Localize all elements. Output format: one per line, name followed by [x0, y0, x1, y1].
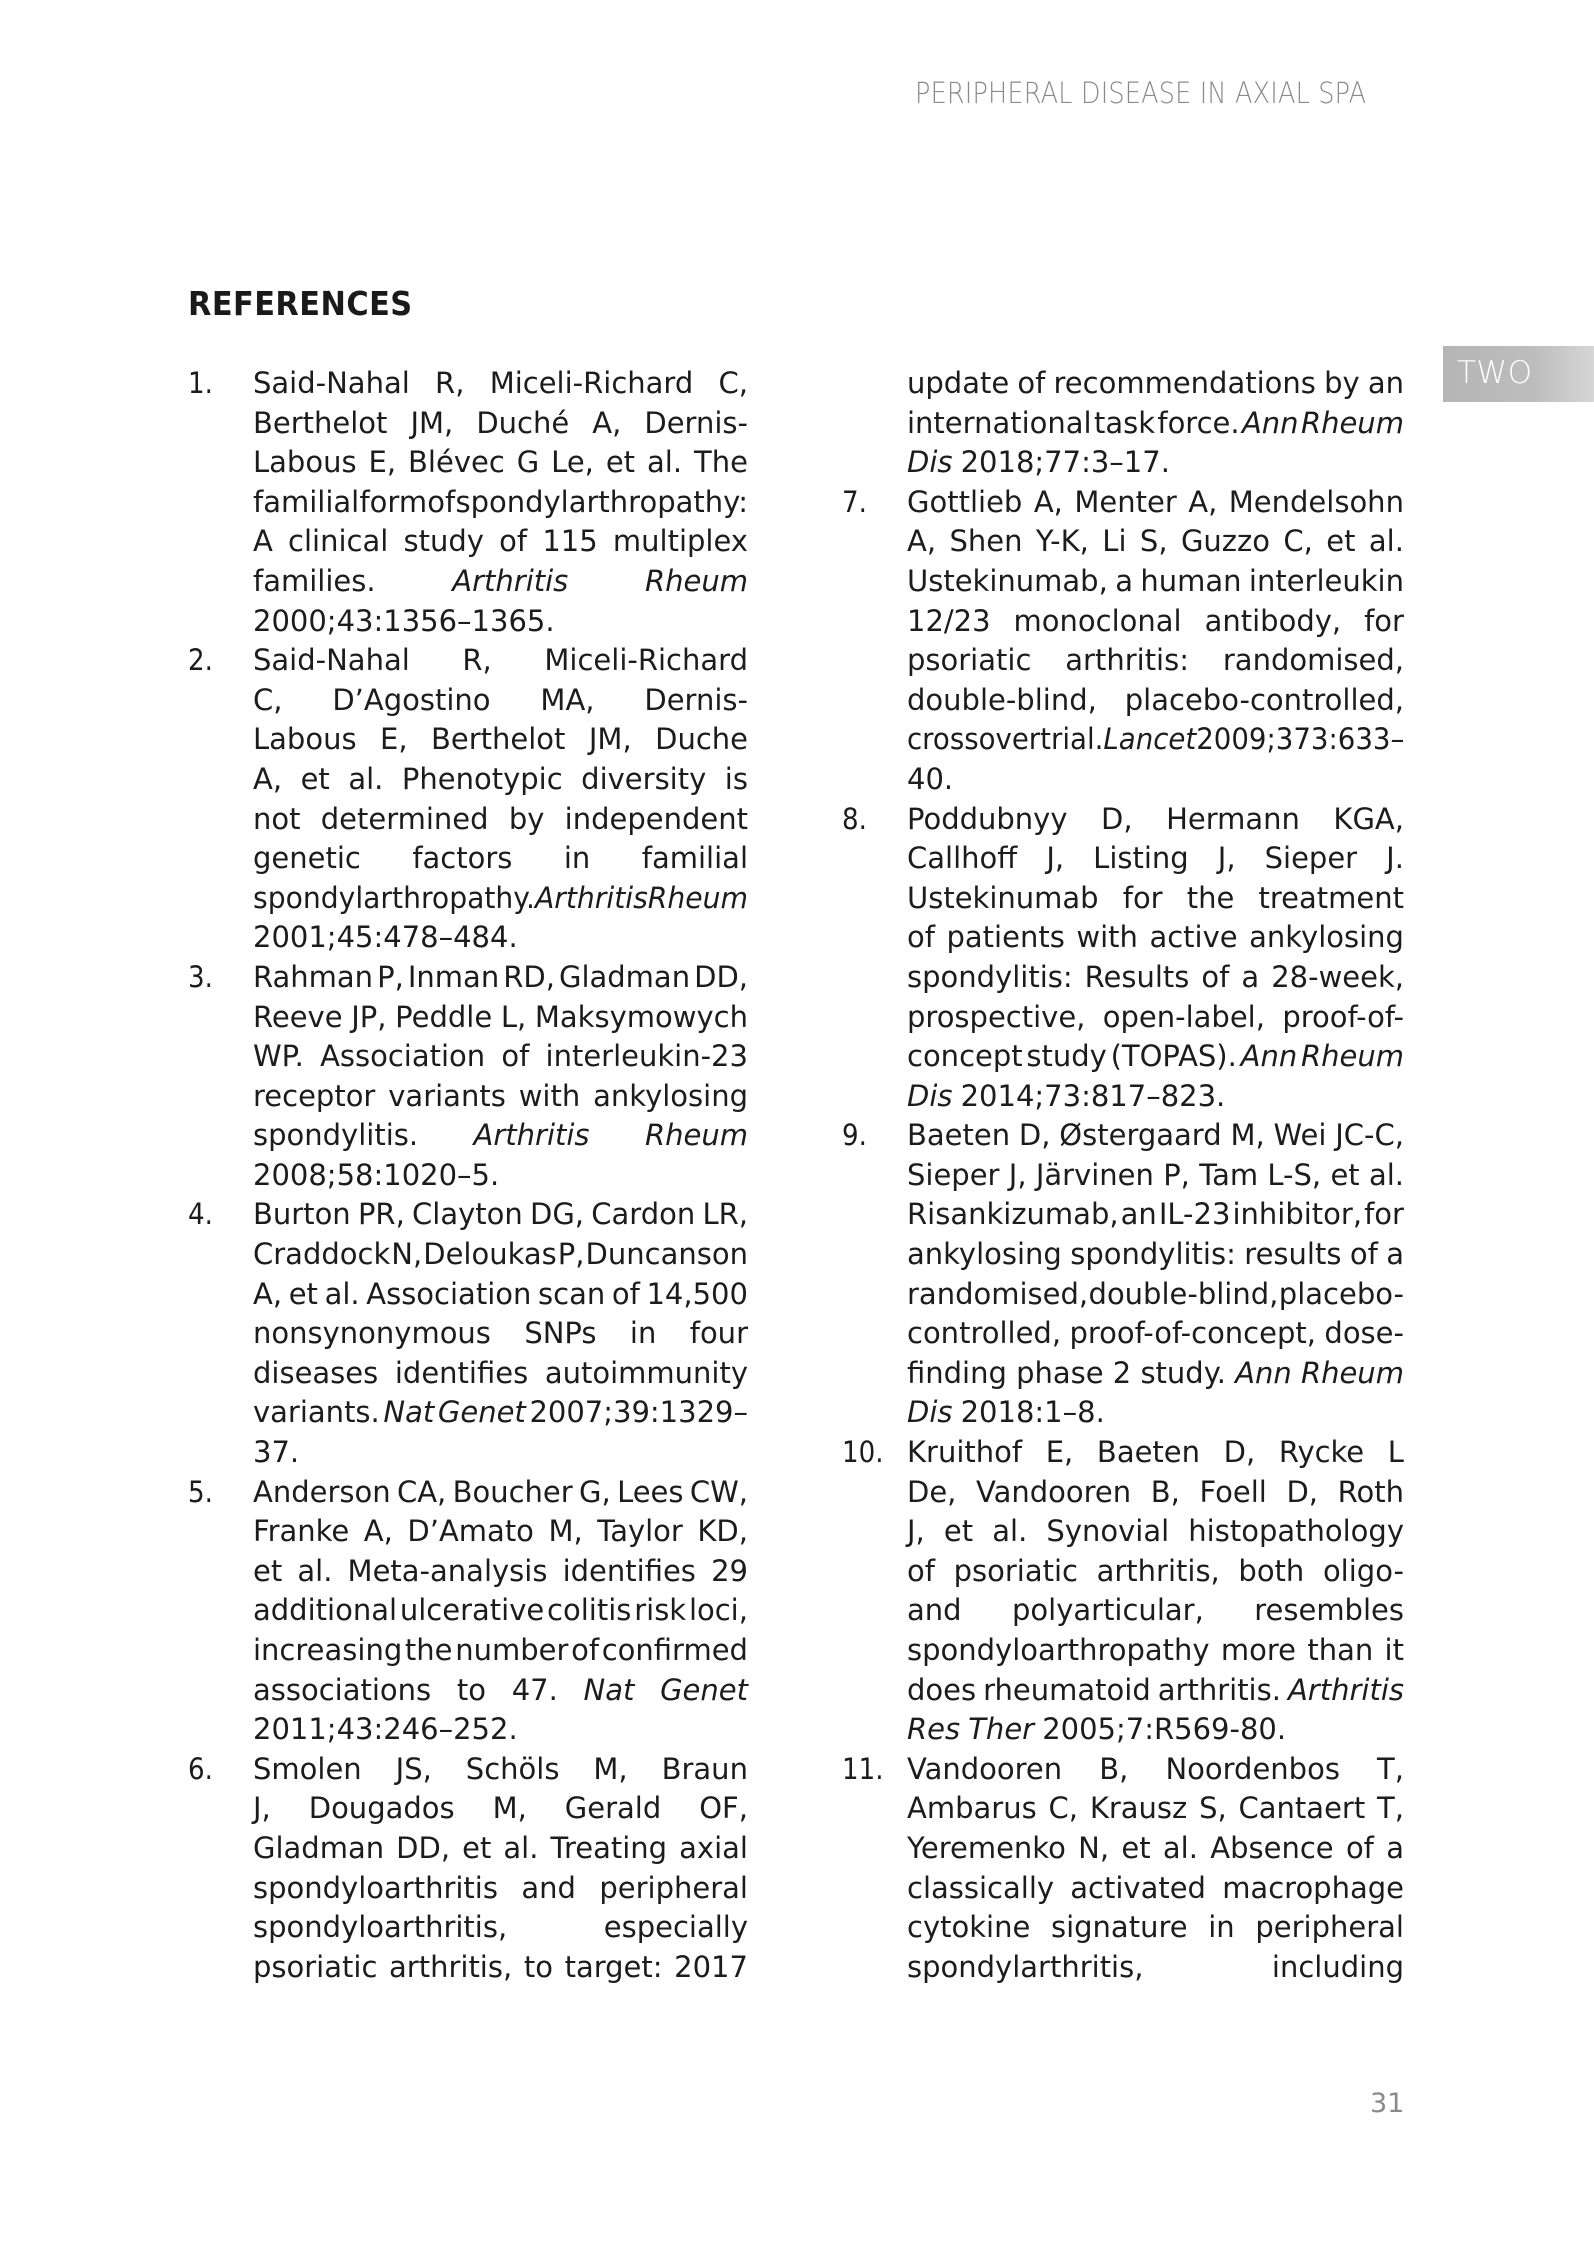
reference-line: Ustekinumab,ahumaninterleukin — [907, 562, 1404, 602]
reference-line: CraddockN,DeloukasP,Duncanson — [253, 1235, 748, 1275]
reference-line: Aclinicalstudyof115multiplex — [253, 522, 748, 562]
reference-text: RahmanP,InmanRD,GladmanDD,ReeveJP,Peddle… — [253, 958, 748, 1196]
reference-line: psoriaticarthritis,totarget:2017 — [253, 1948, 748, 1988]
reference-line: nonsynonymousSNPsinfour — [253, 1314, 748, 1354]
reference-item: 4.BurtonPR,ClaytonDG,CardonLR,CraddockN,… — [188, 1195, 748, 1472]
reference-line: ofpatientswithactiveankylosing — [907, 918, 1404, 958]
running-head: PERIPHERAL DISEASE IN AXIAL SPA — [915, 76, 1366, 110]
references-column-left: 1.Said-NahalR,Miceli-RichardC,BerthelotJ… — [188, 364, 748, 1987]
reference-line: WP.Associationofinterleukin-23 — [253, 1037, 748, 1077]
reference-number: 10. — [842, 1433, 884, 1473]
reference-number: 9. — [842, 1116, 867, 1156]
reference-line: spondyloarthritisandperipheral — [253, 1869, 748, 1909]
reference-line: SieperJ,JärvinenP,TamL-S,etal. — [907, 1156, 1404, 1196]
reference-line: 2001;45:478–484. — [253, 918, 748, 958]
reference-number: 7. — [842, 483, 867, 523]
reference-line: ankylosingspondylitis:resultsofa — [907, 1235, 1404, 1275]
reference-number: 1. — [188, 364, 213, 404]
reference-text: updateofrecommendationsbyaninternational… — [907, 364, 1404, 483]
reference-number: 4. — [188, 1195, 213, 1235]
reference-line: LabousE,BerthelotJM,Duche — [253, 720, 748, 760]
reference-line: spondylarthritis,including — [907, 1948, 1404, 1988]
reference-item: 7.GottliebA,MenterA,MendelsohnA,ShenY-K,… — [842, 483, 1404, 800]
reference-line: BurtonPR,ClaytonDG,CardonLR, — [253, 1195, 748, 1235]
reference-text: VandoorenB,NoordenbosT,AmbarusC,KrauszS,… — [907, 1750, 1404, 1988]
reference-text: BaetenD,ØstergaardM,WeiJC-C,SieperJ,Järv… — [907, 1116, 1404, 1433]
reference-line: A,etal.Phenotypicdiversityis — [253, 760, 748, 800]
reference-item: 6.SmolenJS,SchölsM,BraunJ,DougadosM,Gera… — [188, 1750, 748, 1988]
reference-line: J,etal.Synovialhistopathology — [907, 1512, 1404, 1552]
reference-text: SmolenJS,SchölsM,BraunJ,DougadosM,Gerald… — [253, 1750, 748, 1988]
reference-text: Said-NahalR,Miceli-RichardC,D’AgostinoMA… — [253, 641, 748, 958]
reference-line: Dis2018:1–8. — [907, 1393, 1404, 1433]
reference-line: geneticfactorsinfamilial — [253, 839, 748, 879]
reference-number: 5. — [188, 1473, 213, 1513]
reference-number: 2. — [188, 641, 213, 681]
reference-number: 3. — [188, 958, 213, 998]
reference-item: updateofrecommendationsbyaninternational… — [842, 364, 1404, 483]
reference-line: J,DougadosM,GeraldOF, — [253, 1789, 748, 1829]
reference-line: GottliebA,MenterA,Mendelsohn — [907, 483, 1404, 523]
reference-line: YeremenkoN,etal.Absenceofa — [907, 1829, 1404, 1869]
reference-line: GladmanDD,etal.Treatingaxial — [253, 1829, 748, 1869]
reference-line: AndersonCA,BoucherG,LeesCW, — [253, 1473, 748, 1513]
reference-line: RahmanP,InmanRD,GladmanDD, — [253, 958, 748, 998]
reference-line: randomised,double-blind,placebo- — [907, 1275, 1404, 1315]
reference-line: associationsto47.NatGenet — [253, 1671, 748, 1711]
reference-text: AndersonCA,BoucherG,LeesCW,FrankeA,D’Ama… — [253, 1473, 748, 1750]
chapter-tab: TWO — [1443, 346, 1594, 402]
reference-line: AmbarusC,KrauszS,CantaertT, — [907, 1789, 1404, 1829]
reference-line: internationaltaskforce.AnnRheum — [907, 404, 1404, 444]
reference-number: 8. — [842, 800, 867, 840]
reference-line: 2011;43:246–252. — [253, 1710, 748, 1750]
reference-line: 2008;58:1020–5. — [253, 1156, 748, 1196]
reference-line: BaetenD,ØstergaardM,WeiJC-C, — [907, 1116, 1404, 1156]
reference-text: PoddubnyyD,HermannKGA,CallhoffJ,ListingJ… — [907, 800, 1404, 1117]
reference-item: 3.RahmanP,InmanRD,GladmanDD,ReeveJP,Pedd… — [188, 958, 748, 1196]
reference-line: updateofrecommendationsbyan — [907, 364, 1404, 404]
reference-line: Risankizumab,anIL-23inhibitor,for — [907, 1195, 1404, 1235]
reference-text: BurtonPR,ClaytonDG,CardonLR,CraddockN,De… — [253, 1195, 748, 1472]
reference-line: families.ArthritisRheum — [253, 562, 748, 602]
reference-line: Said-NahalR,Miceli-RichardC, — [253, 364, 748, 404]
reference-line: LabousE,BlévecGLe,etal.The — [253, 443, 748, 483]
reference-line: De,VandoorenB,FoellD,Roth — [907, 1473, 1404, 1513]
reference-line: ResTher2005;7:R569-80. — [907, 1710, 1404, 1750]
reference-item: 5.AndersonCA,BoucherG,LeesCW,FrankeA,D’A… — [188, 1473, 748, 1750]
reference-line: andpolyarticular,resembles — [907, 1591, 1404, 1631]
reference-item: 10.KruithofE,BaetenD,RyckeLDe,VandoorenB… — [842, 1433, 1404, 1750]
reference-line: crossovertrial.Lancet2009;373:633– — [907, 720, 1404, 760]
reference-line: Ustekinumabforthetreatment — [907, 879, 1404, 919]
reference-line: ofpsoriaticarthritis,botholigo- — [907, 1552, 1404, 1592]
reference-line: 12/23monoclonalantibody,for — [907, 602, 1404, 642]
reference-line: PoddubnyyD,HermannKGA, — [907, 800, 1404, 840]
reference-line: Dis2014;73:817–823. — [907, 1077, 1404, 1117]
reference-line: psoriaticarthritis:randomised, — [907, 641, 1404, 681]
reference-line: spondylitis.ArthritisRheum — [253, 1116, 748, 1156]
reference-line: 40. — [907, 760, 1404, 800]
reference-number: 6. — [188, 1750, 213, 1790]
reference-item: 11.VandoorenB,NoordenbosT,AmbarusC,Kraus… — [842, 1750, 1404, 1988]
reference-line: SmolenJS,SchölsM,Braun — [253, 1750, 748, 1790]
reference-line: spondyloarthritis,especially — [253, 1908, 748, 1948]
reference-line: doesrheumatoidarthritis.Arthritis — [907, 1671, 1404, 1711]
reference-item: 8.PoddubnyyD,HermannKGA,CallhoffJ,Listin… — [842, 800, 1404, 1117]
reference-text: KruithofE,BaetenD,RyckeLDe,VandoorenB,Fo… — [907, 1433, 1404, 1750]
reference-text: GottliebA,MenterA,MendelsohnA,ShenY-K,Li… — [907, 483, 1404, 800]
reference-line: CallhoffJ,ListingJ,SieperJ. — [907, 839, 1404, 879]
reference-line: increasingthenumberofconfirmed — [253, 1631, 748, 1671]
reference-line: spondyloarthropathymorethanit — [907, 1631, 1404, 1671]
reference-line: spondylarthropathy.ArthritisRheum — [253, 879, 748, 919]
reference-line: double-blind,placebo-controlled, — [907, 681, 1404, 721]
reference-line: prospective,open-label,proof-of- — [907, 998, 1404, 1038]
reference-line: FrankeA,D’AmatoM,TaylorKD, — [253, 1512, 748, 1552]
reference-line: controlled,proof-of-concept,dose- — [907, 1314, 1404, 1354]
reference-line: etal.Meta-analysisidentifies29 — [253, 1552, 748, 1592]
reference-text: Said-NahalR,Miceli-RichardC,BerthelotJM,… — [253, 364, 748, 641]
reference-line: receptorvariantswithankylosing — [253, 1077, 748, 1117]
reference-line: KruithofE,BaetenD,RyckeL — [907, 1433, 1404, 1473]
reference-item: 9.BaetenD,ØstergaardM,WeiJC-C,SieperJ,Jä… — [842, 1116, 1404, 1433]
reference-line: A,etal.Associationscanof14,500 — [253, 1275, 748, 1315]
reference-line: cytokinesignatureinperipheral — [907, 1908, 1404, 1948]
reference-line: diseasesidentifiesautoimmunity — [253, 1354, 748, 1394]
reference-line: additionalulcerativecolitisriskloci, — [253, 1591, 748, 1631]
reference-line: 37. — [253, 1433, 748, 1473]
reference-line: VandoorenB,NoordenbosT, — [907, 1750, 1404, 1790]
reference-item: 2.Said-NahalR,Miceli-RichardC,D’Agostino… — [188, 641, 748, 958]
reference-line: ReeveJP,PeddleL,Maksymowych — [253, 998, 748, 1038]
section-title: REFERENCES — [188, 284, 413, 323]
reference-line: spondylitis:Resultsofa28-week, — [907, 958, 1404, 998]
reference-line: Dis2018;77:3–17. — [907, 443, 1404, 483]
references-column-right: updateofrecommendationsbyaninternational… — [842, 364, 1404, 1987]
reference-line: BerthelotJM,DuchéA,Dernis- — [253, 404, 748, 444]
chapter-tab-label: TWO — [1457, 355, 1533, 391]
reference-line: 2000;43:1356–1365. — [253, 602, 748, 642]
reference-line: classicallyactivatedmacrophage — [907, 1869, 1404, 1909]
reference-line: Said-NahalR,Miceli-Richard — [253, 641, 748, 681]
reference-line: conceptstudy(TOPAS).AnnRheum — [907, 1037, 1404, 1077]
reference-line: familialformofspondylarthropathy: — [253, 483, 748, 523]
page-number: 31 — [1370, 2088, 1404, 2119]
reference-item: 1.Said-NahalR,Miceli-RichardC,BerthelotJ… — [188, 364, 748, 641]
reference-line: variants.NatGenet2007;39:1329– — [253, 1393, 748, 1433]
reference-line: notdeterminedbyindependent — [253, 800, 748, 840]
reference-line: A,ShenY-K,LiS,GuzzoC,etal. — [907, 522, 1404, 562]
reference-number: 11. — [842, 1750, 884, 1790]
reference-line: findingphase2study.AnnRheum — [907, 1354, 1404, 1394]
reference-line: C,D’AgostinoMA,Dernis- — [253, 681, 748, 721]
